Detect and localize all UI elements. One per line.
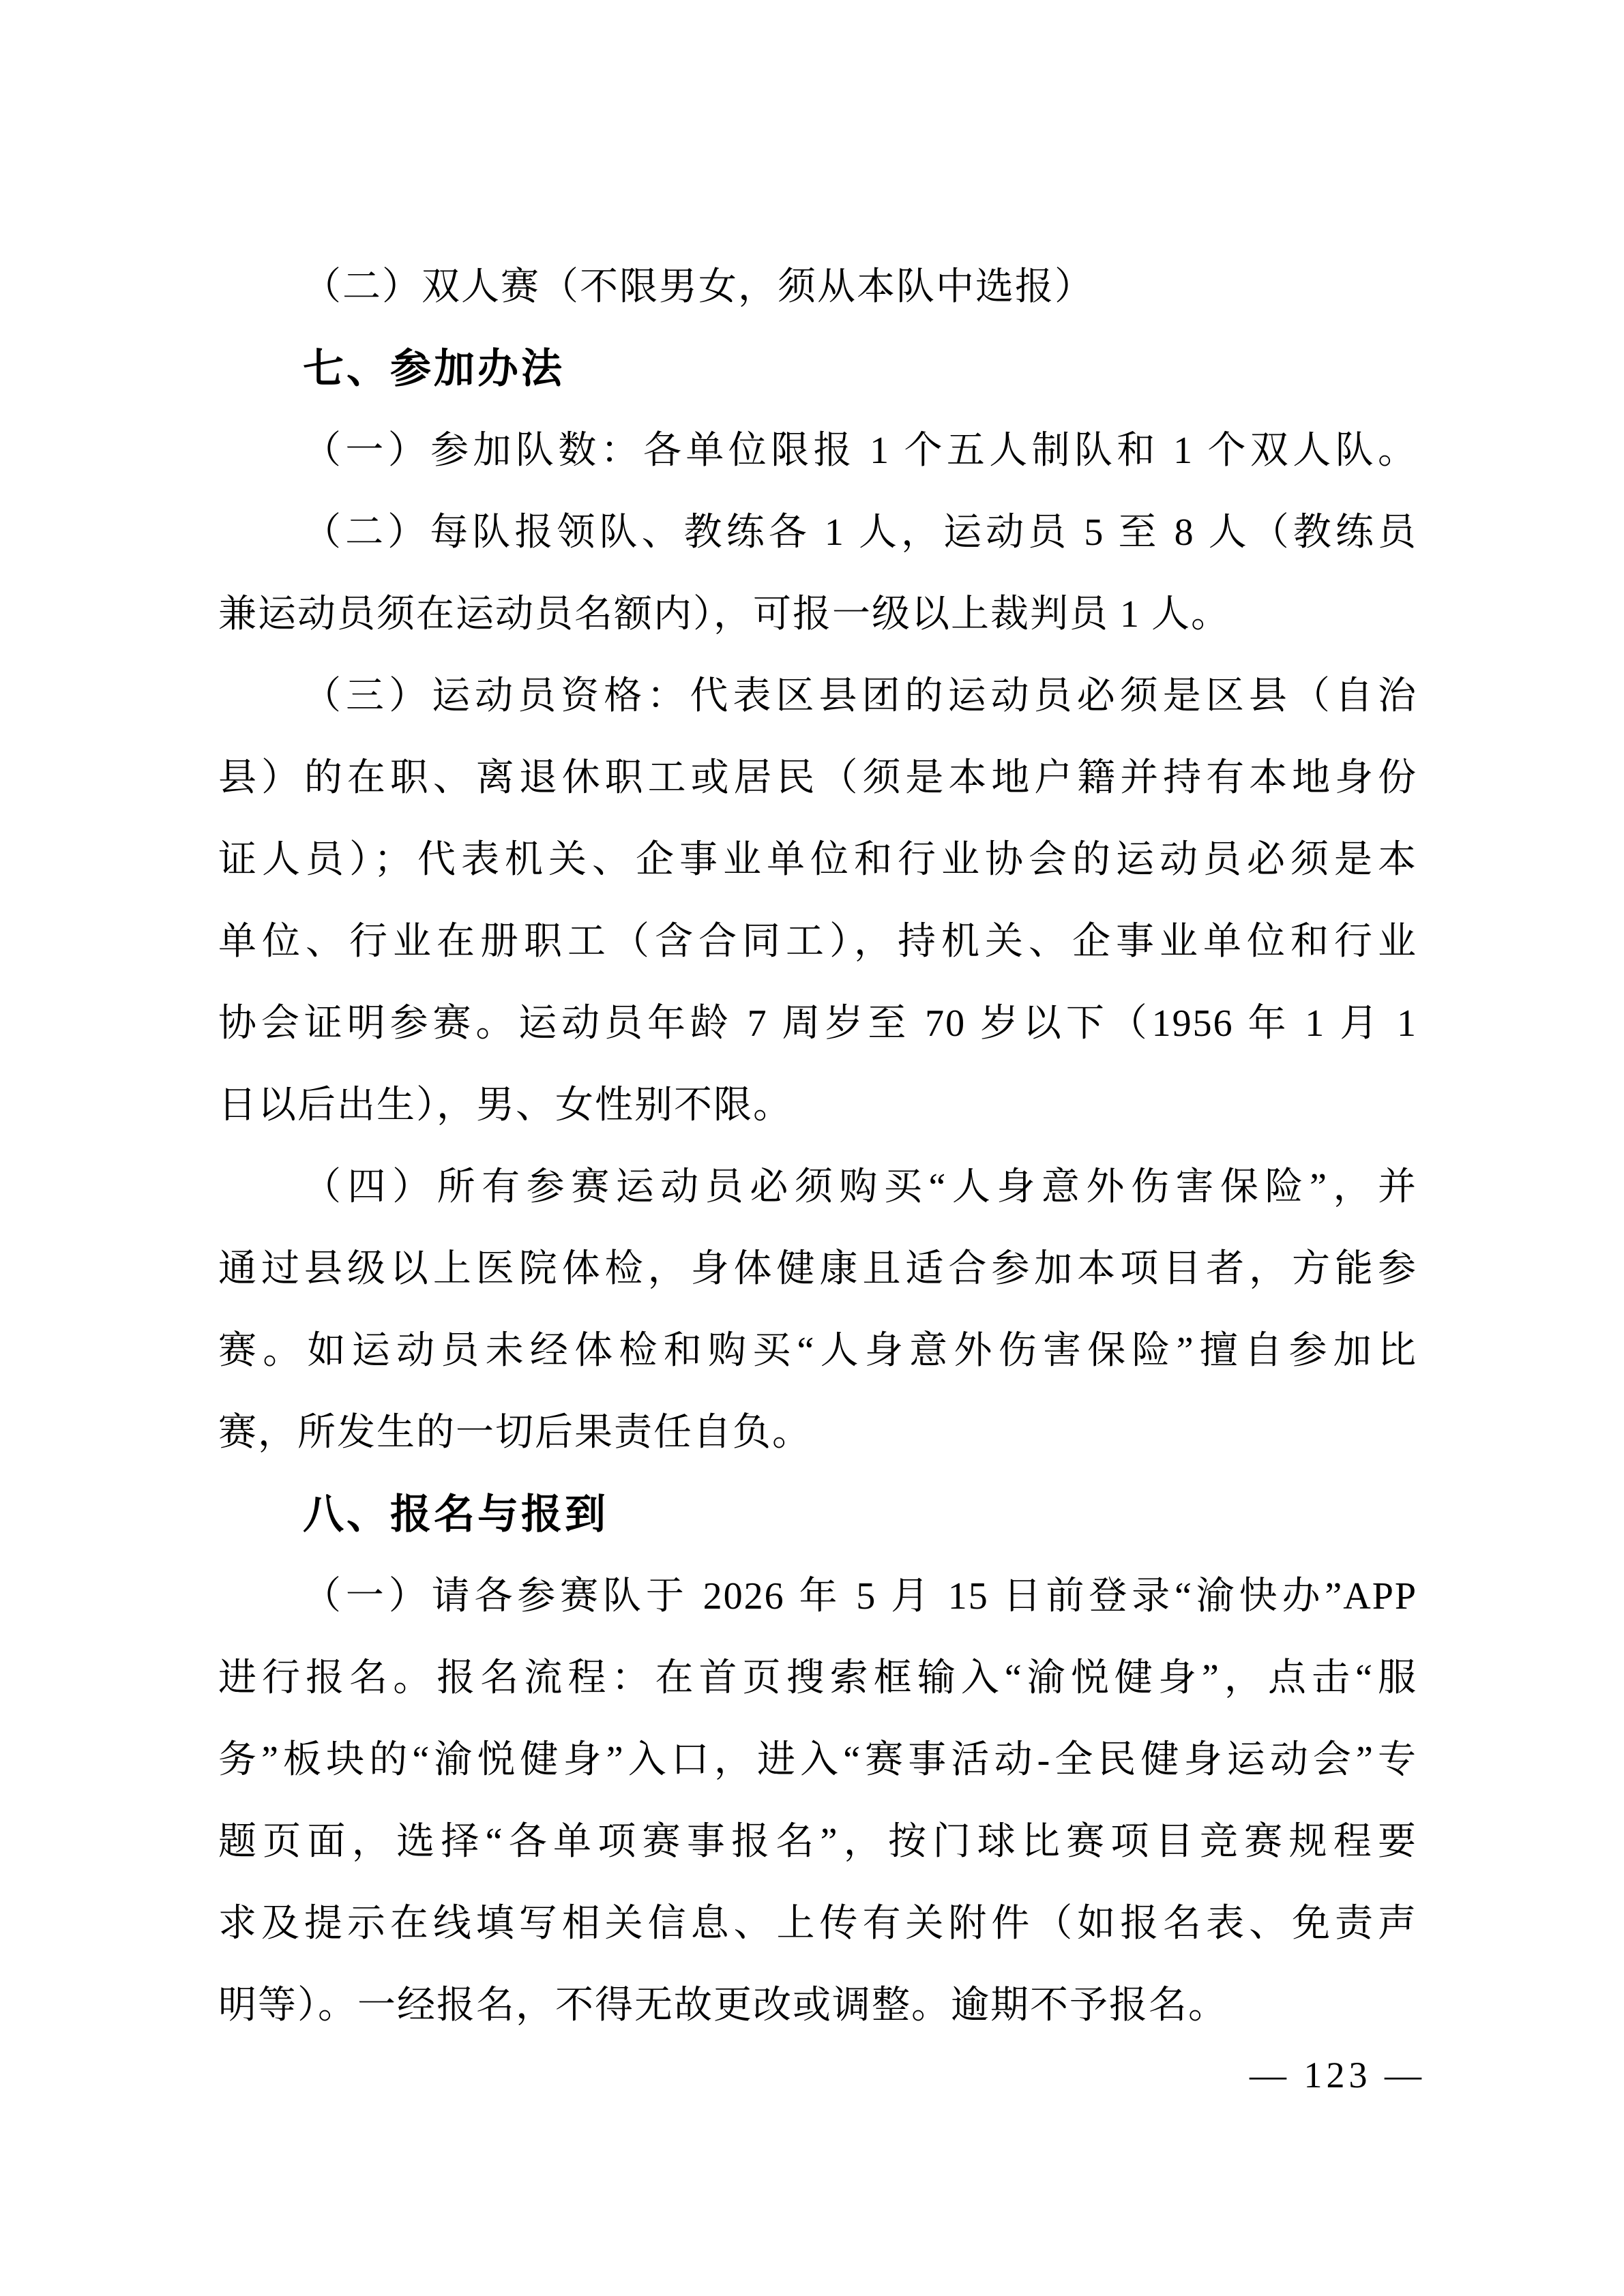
text-line: 题页面，选择“各单项赛事报名”，按门球比赛项目竞赛规程要 xyxy=(218,1801,1417,1883)
text-line: 证人员）；代表机关、企事业单位和行业协会的运动员必须是本 xyxy=(218,819,1417,901)
page-number: — 123 — xyxy=(1250,2051,1426,2099)
section-heading: 八、报名与报到 xyxy=(218,1474,1417,1555)
document-page: （二）双人赛（不限男女，须从本队中选报）七、参加办法（一）参加队数：各单位限报 … xyxy=(0,0,1624,2296)
text-line: （二）每队报领队、教练各 1 人，运动员 5 至 8 人（教练员 xyxy=(218,492,1417,573)
text-line: （二）双人赛（不限男女，须从本队中选报） xyxy=(218,246,1417,328)
text-line: （一）参加队数：各单位限报 1 个五人制队和 1 个双人队。 xyxy=(218,410,1417,492)
text-line: 求及提示在线填写相关信息、上传有关附件（如报名表、免责声 xyxy=(218,1883,1417,1965)
text-line: （四）所有参赛运动员必须购买“人身意外伤害保险”，并 xyxy=(218,1146,1417,1228)
text-line: 明等）。一经报名，不得无故更改或调整。逾期不予报名。 xyxy=(218,1965,1417,2046)
text-line: 赛。如运动员未经体检和购买“人身意外伤害保险”擅自参加比 xyxy=(218,1310,1417,1392)
text-line: 单位、行业在册职工（含合同工），持机关、企事业单位和行业 xyxy=(218,901,1417,983)
text-line: 协会证明参赛。运动员年龄 7 周岁至 70 岁以下（1956 年 1 月 1 xyxy=(218,983,1417,1064)
text-line: （三）运动员资格：代表区县团的运动员必须是区县（自治 xyxy=(218,655,1417,737)
text-line: 务”板块的“渝悦健身”入口，进入“赛事活动-全民健身运动会”专 xyxy=(218,1719,1417,1801)
text-line: 进行报名。报名流程：在首页搜索框输入“渝悦健身”，点击“服 xyxy=(218,1637,1417,1719)
text-line: 兼运动员须在运动员名额内），可报一级以上裁判员 1 人。 xyxy=(218,573,1417,655)
text-line: 日以后出生），男、女性别不限。 xyxy=(218,1064,1417,1146)
text-line: （一）请各参赛队于 2026 年 5 月 15 日前登录“渝快办”APP xyxy=(218,1555,1417,1637)
section-heading: 七、参加办法 xyxy=(218,328,1417,410)
document-text-block: （二）双人赛（不限男女，须从本队中选报）七、参加办法（一）参加队数：各单位限报 … xyxy=(218,246,1417,2046)
text-line: 赛，所发生的一切后果责任自负。 xyxy=(218,1392,1417,1474)
text-line: 通过县级以上医院体检，身体健康且适合参加本项目者，方能参 xyxy=(218,1228,1417,1310)
text-line: 县）的在职、离退休职工或居民（须是本地户籍并持有本地身份 xyxy=(218,737,1417,819)
